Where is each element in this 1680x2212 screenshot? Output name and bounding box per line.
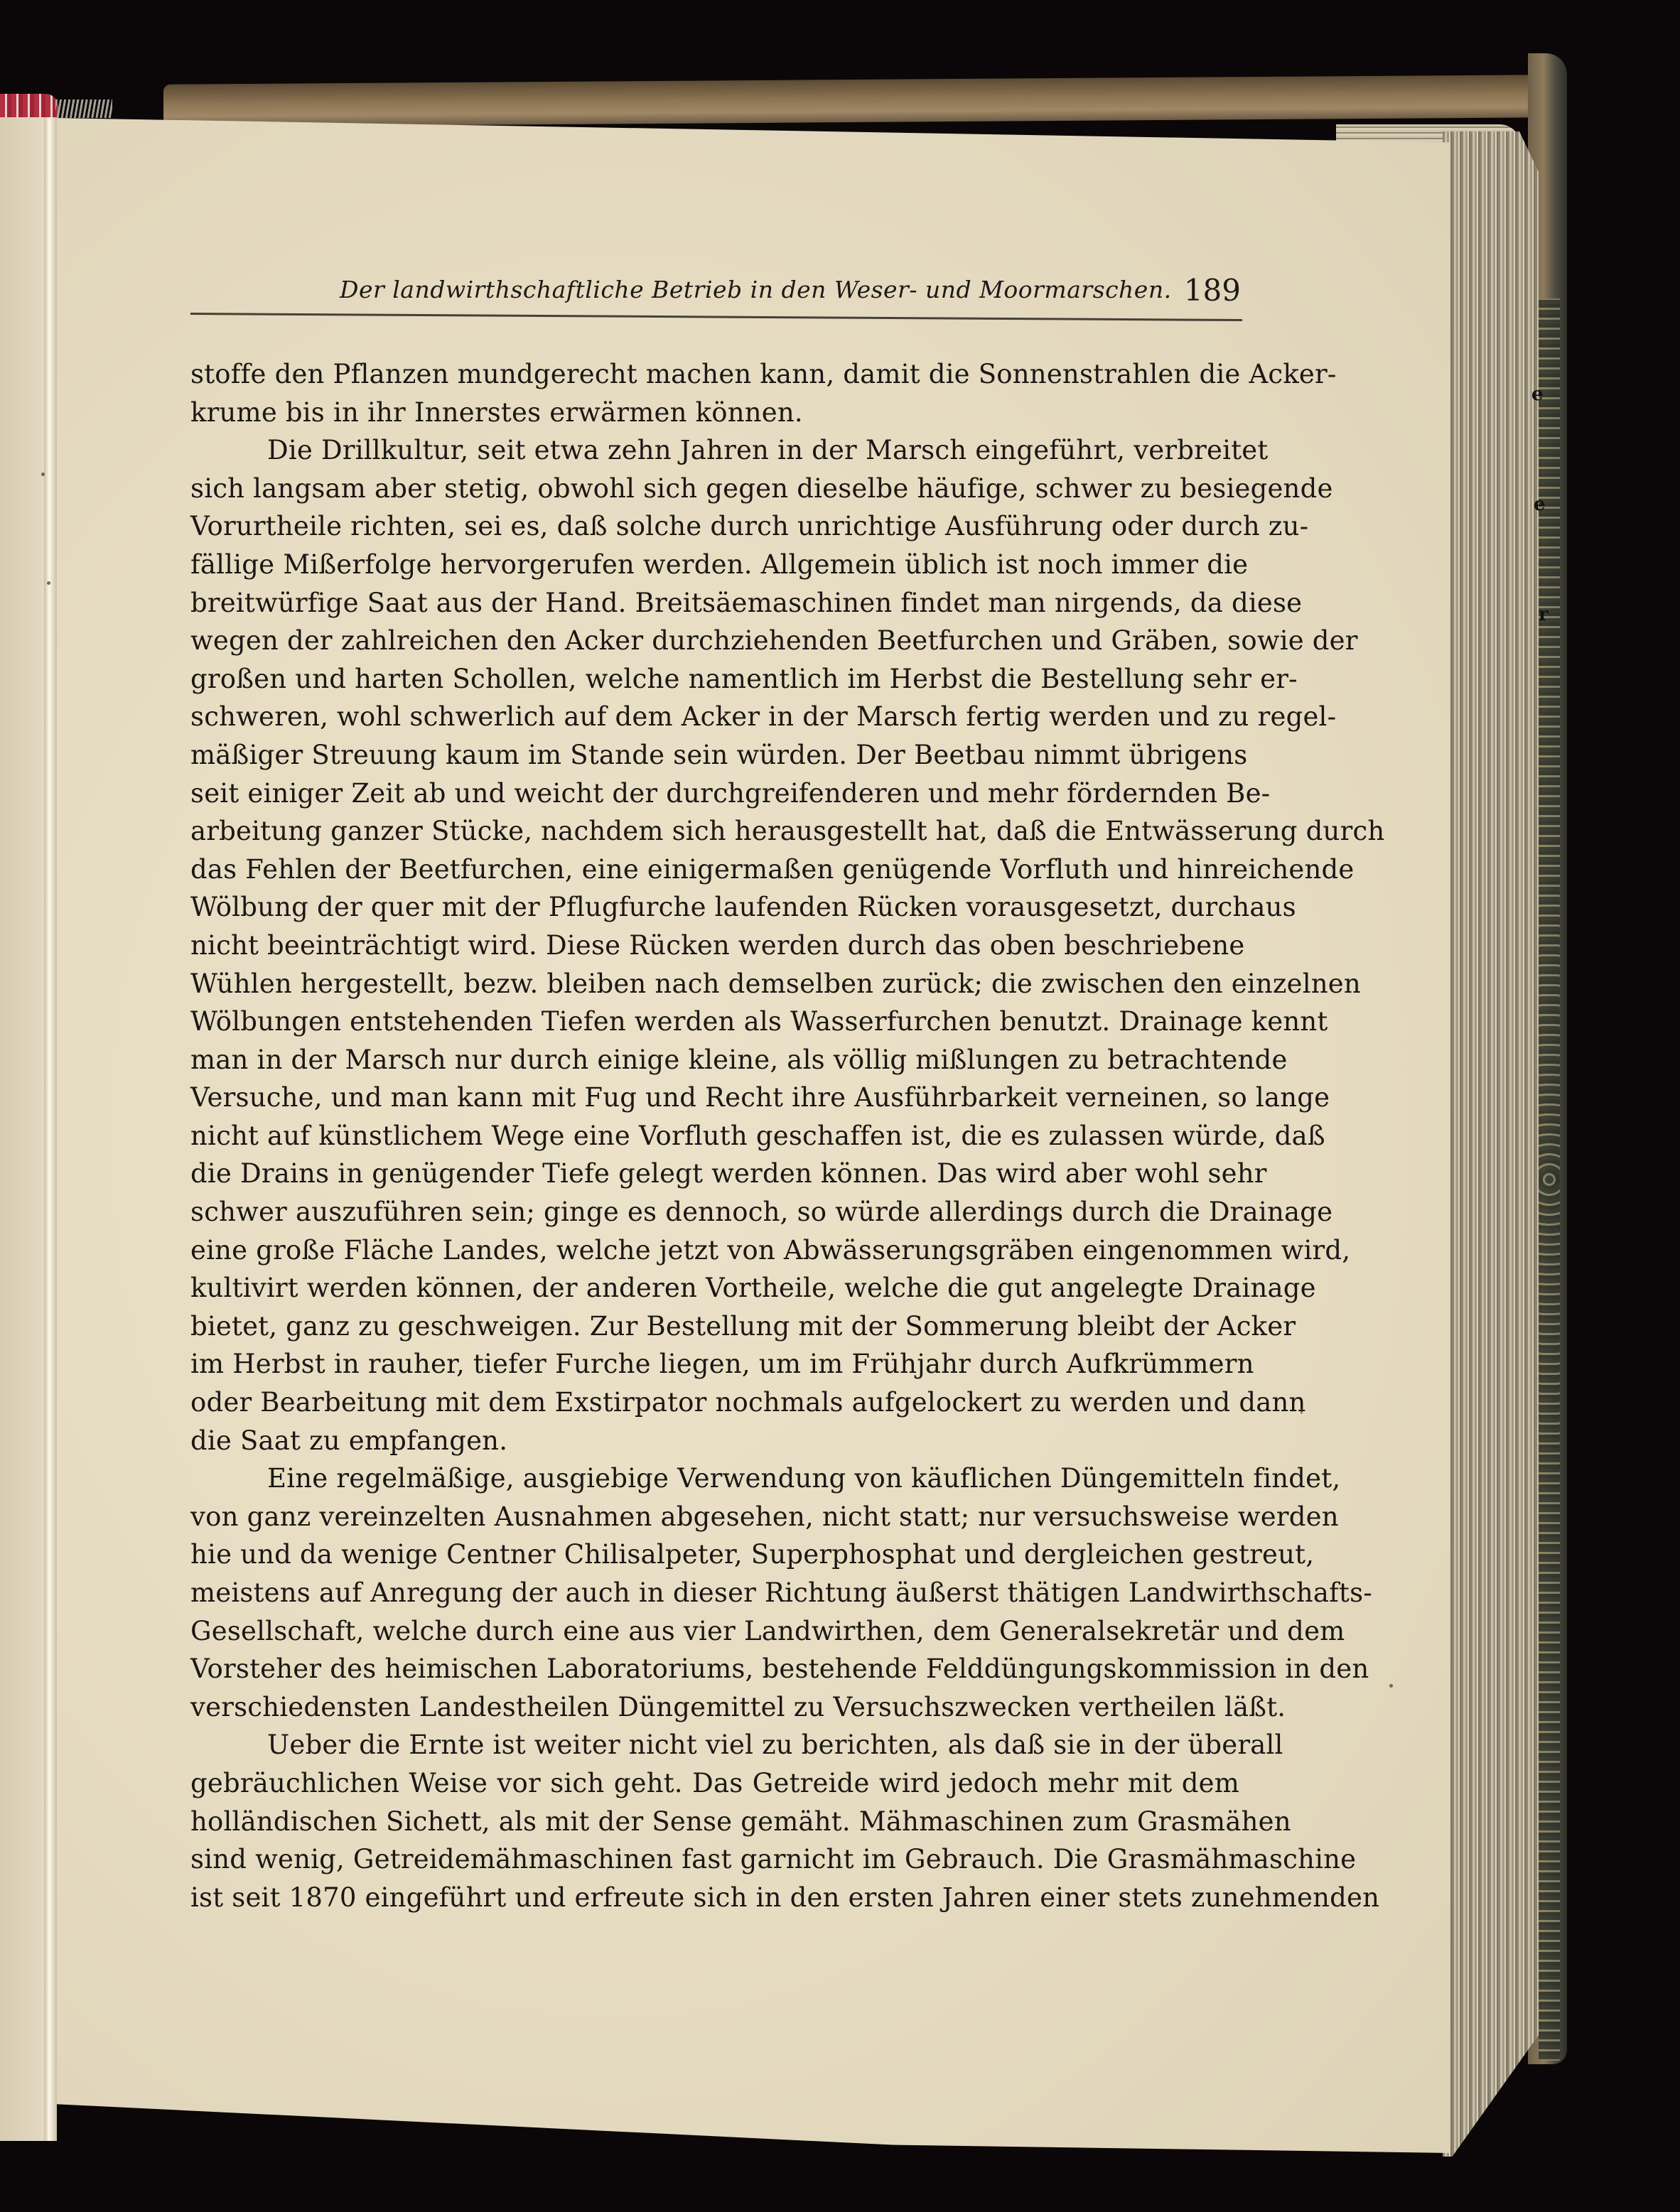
text-line: krume bis in ihr Innerstes erwärmen könn…: [190, 394, 1239, 432]
book-gutter: [44, 117, 57, 2141]
text-line: fällige Mißerfolge hervorgerufen werden.…: [190, 546, 1239, 584]
text-line: Wölbungen entstehenden Tiefen werden als…: [190, 1003, 1239, 1041]
text-line: nicht auf künstlichem Wege eine Vorfluth…: [190, 1117, 1239, 1155]
text-line: hie und da wenige Centner Chilisalpeter,…: [190, 1536, 1239, 1574]
text-line: die Saat zu empfangen.: [190, 1422, 1239, 1460]
fore-edge-mark: r: [1539, 604, 1549, 625]
bookmark-ribbon-fray: [55, 99, 112, 118]
page-stack-fore-edge: [1443, 131, 1539, 2157]
text-line: mäßiger Streuung kaum im Stande sein wür…: [190, 736, 1239, 775]
text-line: gebräuchlichen Weise vor sich geht. Das …: [190, 1764, 1239, 1803]
text-line: verschiedensten Landestheilen Düngemitte…: [190, 1688, 1239, 1727]
paper-speck: [41, 473, 45, 476]
text-line: kultivirt werden können, der anderen Vor…: [190, 1269, 1239, 1307]
text-line: im Herbst in rauher, tiefer Furche liege…: [190, 1345, 1239, 1383]
text-line: Vorsteher des heimischen Laboratoriums, …: [190, 1650, 1239, 1688]
running-head-title: Der landwirthschaftliche Betrieb in den …: [340, 276, 1172, 303]
text-line: sind wenig, Getreidemähmaschinen fast ga…: [190, 1840, 1239, 1879]
bookmark-ribbon: [0, 94, 58, 118]
running-head: Der landwirthschaftliche Betrieb in den …: [190, 276, 1241, 311]
body-text: stoffe den Pflanzen mundgerecht machen k…: [190, 355, 1239, 1916]
text-line: eine große Fläche Landes, welche jetzt v…: [190, 1231, 1239, 1270]
marbled-endpaper-edge: [1539, 298, 1560, 2061]
text-line: sich langsam aber stetig, obwohl sich ge…: [190, 470, 1239, 508]
text-line: arbeitung ganzer Stücke, nachdem sich he…: [190, 812, 1239, 851]
paper-speck: [47, 581, 50, 585]
paper-speck: [1389, 1684, 1393, 1688]
text-line: Ueber die Ernte ist weiter nicht viel zu…: [190, 1726, 1239, 1764]
text-line: schwer auszuführen sein; ginge es dennoc…: [190, 1193, 1239, 1231]
text-line: Wölbung der quer mit der Pflugfurche lau…: [190, 888, 1239, 927]
fore-edge-mark: e: [1531, 384, 1544, 405]
text-line: Gesellschaft, welche durch eine aus vier…: [190, 1612, 1239, 1651]
paper-speck: [1301, 1407, 1303, 1414]
text-line: von ganz vereinzelten Ausnahmen abgesehe…: [190, 1498, 1239, 1536]
text-line: holländischen Sichett, als mit der Sense…: [190, 1803, 1239, 1841]
text-line: Eine regelmäßige, ausgiebige Verwendung …: [190, 1460, 1239, 1498]
text-line: Die Drillkultur, seit etwa zehn Jahren i…: [190, 431, 1239, 470]
text-line: großen und harten Schollen, welche namen…: [190, 660, 1239, 698]
text-line: Versuche, und man kann mit Fug und Recht…: [190, 1079, 1239, 1117]
text-line: Vorurtheile richten, sei es, daß solche …: [190, 507, 1239, 546]
text-line: oder Bearbeitung mit dem Exstirpator noc…: [190, 1383, 1239, 1422]
text-line: meistens auf Anregung der auch in dieser…: [190, 1574, 1239, 1612]
text-line: nicht beeinträchtigt wird. Diese Rücken …: [190, 927, 1239, 965]
text-line: Wühlen hergestellt, bezw. bleiben nach d…: [190, 965, 1239, 1003]
text-line: breitwürfige Saat aus der Hand. Breitsäe…: [190, 584, 1239, 622]
text-line: schweren, wohl schwerlich auf dem Acker …: [190, 698, 1239, 736]
text-line: die Drains in genügender Tiefe gelegt we…: [190, 1155, 1239, 1193]
page-number: 189: [1184, 273, 1241, 308]
text-line: seit einiger Zeit ab und weicht der durc…: [190, 775, 1239, 813]
text-line: ist seit 1870 eingeführt und erfreute si…: [190, 1879, 1239, 1917]
book-cover-head-edge: [163, 75, 1549, 127]
text-line: das Fehlen der Beetfurchen, eine einiger…: [190, 851, 1239, 889]
text-line: bietet, ganz zu geschweigen. Zur Bestell…: [190, 1307, 1239, 1346]
scanned-book-scene: e e r Der landwirthschaftliche Betrieb i…: [0, 0, 1680, 2212]
text-line: wegen der zahlreichen den Acker durchzie…: [190, 622, 1239, 660]
text-line: stoffe den Pflanzen mundgerecht machen k…: [190, 355, 1239, 394]
fore-edge-mark: e: [1534, 494, 1546, 515]
text-line: man in der Marsch nur durch einige klein…: [190, 1041, 1239, 1079]
